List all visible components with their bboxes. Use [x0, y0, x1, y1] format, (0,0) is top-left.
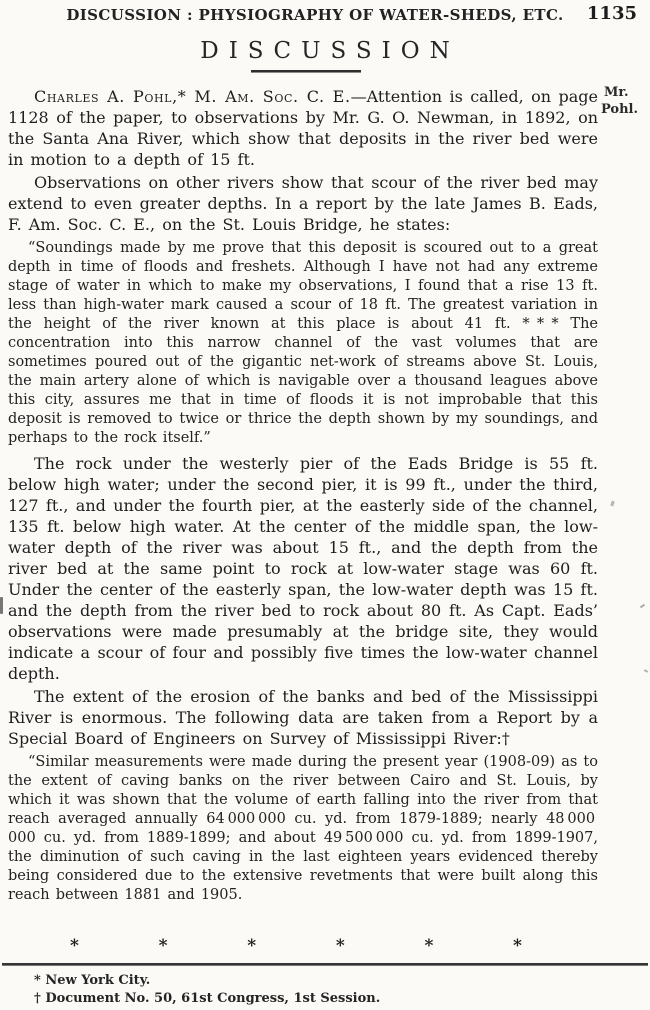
footnotes-block: * New York City. † Document No. 50, 61st… [34, 972, 634, 1008]
blockquote-caving-banks: “Similar measurements were made during t… [8, 753, 598, 905]
section-title: DISCUSSION [0, 38, 650, 64]
paragraph-observations: Observations on other rivers show that s… [8, 172, 598, 235]
blockquote-eads-soundings: “Soundings made by me prove that this de… [8, 239, 598, 448]
footnote-divider-rule [2, 963, 648, 966]
margin-note-speaker: Mr.Pohl. [601, 84, 647, 118]
footnote-document-reference: † Document No. 50, 61st Congress, 1st Se… [34, 990, 634, 1008]
scan-artifact-left-edge [0, 597, 3, 614]
asterisk: * [424, 936, 433, 956]
asterisk: * [247, 936, 256, 956]
scan-artifact-speck [610, 501, 615, 507]
paragraph-mississippi-erosion: The extent of the erosion of the banks a… [8, 686, 598, 749]
scanned-paper-page: DISCUSSION : PHYSIOGRAPHY OF WATER-SHEDS… [0, 0, 650, 1010]
body-column: Charles A. Pohl,* M. Am. Soc. C. E.—Atte… [8, 86, 598, 910]
asterisk: * [513, 936, 522, 956]
running-head: DISCUSSION : PHYSIOGRAPHY OF WATER-SHEDS… [0, 6, 590, 24]
scan-artifact-speck [640, 604, 645, 609]
asterisk: * [336, 936, 345, 956]
scan-artifact-speck [644, 669, 648, 673]
paragraph-pohl-intro: Charles A. Pohl,* M. Am. Soc. C. E.—Atte… [8, 86, 598, 170]
speaker-name-smallcaps: Charles A. Pohl,* M. Am. Soc. C. E. [34, 87, 351, 106]
section-break-asterisks: * * * * * * [70, 936, 522, 956]
page-number: 1135 [587, 3, 637, 24]
title-underline-rule [251, 70, 361, 73]
paragraph-eads-bridge-rock: The rock under the westerly pier of the … [8, 453, 598, 684]
asterisk: * [70, 936, 79, 956]
margin-note-line1: Mr. [601, 84, 647, 101]
asterisk: * [159, 936, 168, 956]
footnote-author-city: * New York City. [34, 972, 634, 990]
margin-note-line2: Pohl. [601, 101, 647, 118]
